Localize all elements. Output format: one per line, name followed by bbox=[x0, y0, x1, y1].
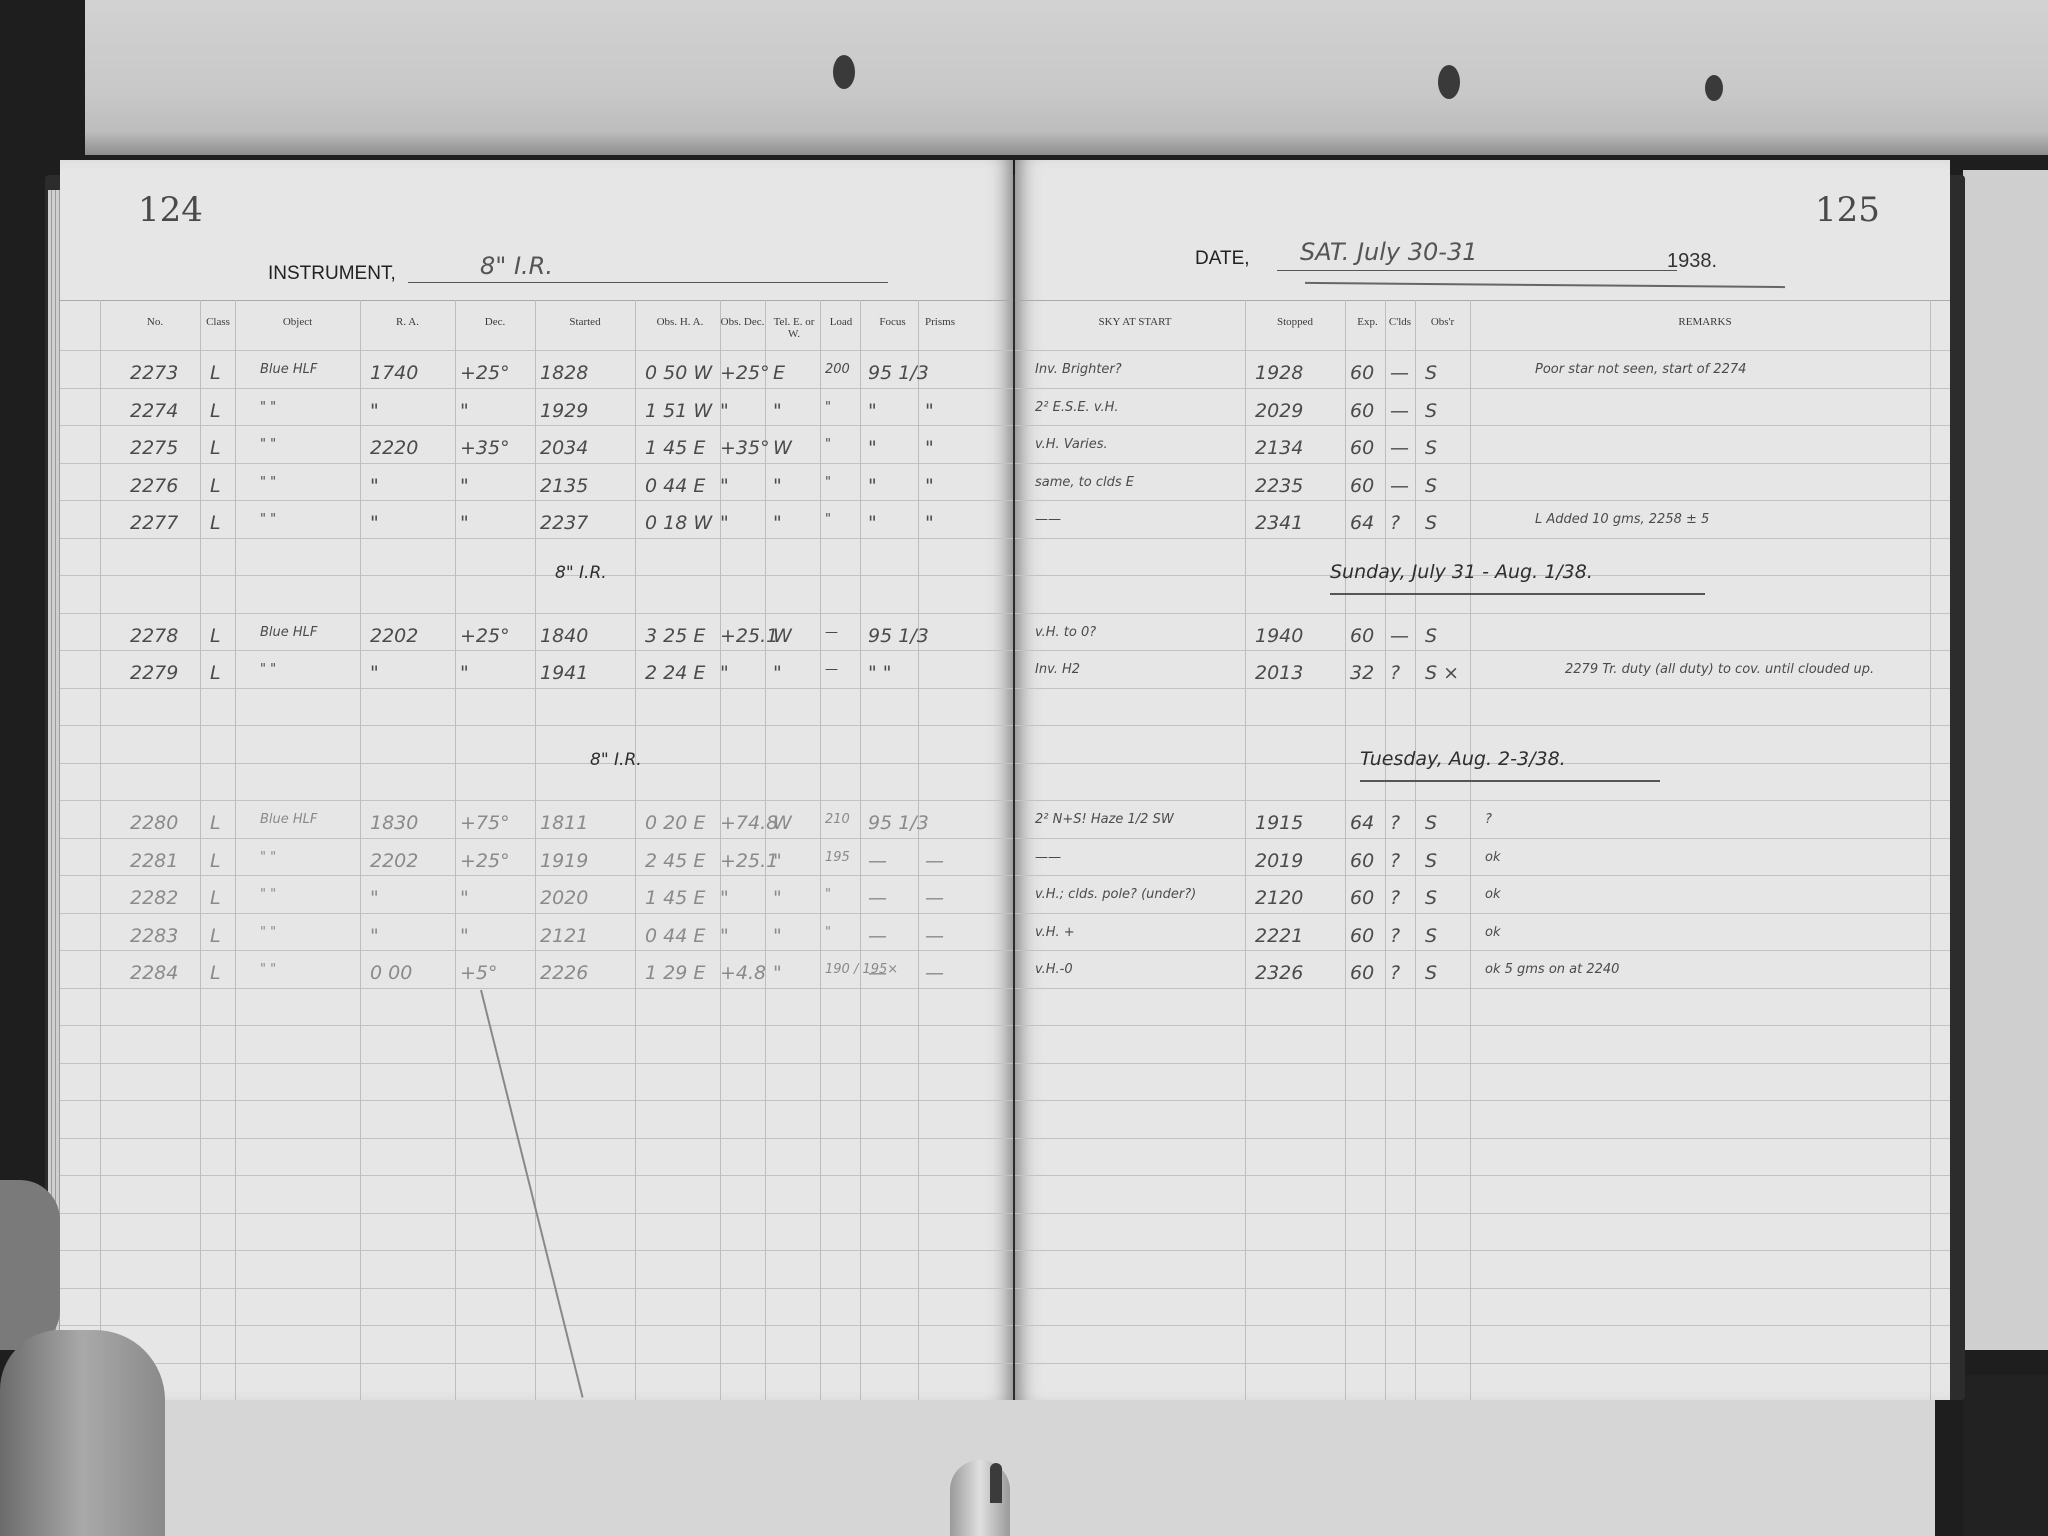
wooden-board bbox=[85, 0, 2048, 155]
cell-object: " " bbox=[260, 437, 276, 452]
observation-table-continued: SKY AT STARTStoppedExp.C'ldsObs'rREMARKS… bbox=[1015, 300, 1950, 1400]
cell-sky: 2² E.S.E. v.H. bbox=[1035, 400, 1119, 415]
cell-remarks: ok 5 gms on at 2240 bbox=[1485, 962, 1619, 977]
date-year: 1938. bbox=[1667, 250, 1717, 273]
cell-object: " " bbox=[260, 925, 276, 940]
column-rule bbox=[820, 300, 821, 1400]
ruled-line bbox=[60, 1025, 1013, 1026]
ruled-line bbox=[60, 1138, 1013, 1139]
cell-sky: Inv. Brighter? bbox=[1035, 362, 1122, 377]
cell-class: L bbox=[210, 812, 221, 834]
column-header: Focus bbox=[865, 316, 920, 328]
cell-obsr: S bbox=[1425, 812, 1437, 834]
cell-focus: " bbox=[868, 437, 877, 459]
cell-obsr: S bbox=[1425, 925, 1437, 947]
ruled-line bbox=[60, 1175, 1013, 1176]
cell-no: 2279 bbox=[130, 662, 178, 684]
cell-prisms: — bbox=[925, 887, 944, 909]
cell-obs-ha: 0 50 W bbox=[645, 362, 712, 384]
ruled-line bbox=[1015, 913, 1950, 914]
cell-clds: — bbox=[1390, 437, 1409, 459]
cell-object: Blue HLF bbox=[260, 362, 317, 377]
cell-obs-dec: " bbox=[720, 887, 729, 909]
cell-sky: v.H.; clds. pole? (under?) bbox=[1035, 887, 1196, 902]
cell-tel: " bbox=[773, 887, 782, 909]
ruled-line bbox=[1015, 1363, 1950, 1364]
cell-tel: W bbox=[773, 812, 792, 834]
ruled-line bbox=[60, 538, 1013, 539]
ruled-line bbox=[60, 800, 1013, 801]
cell-obsr: S bbox=[1425, 400, 1437, 422]
nail-hole bbox=[833, 55, 855, 89]
cell-focus: " bbox=[868, 475, 877, 497]
ruled-line bbox=[1015, 650, 1950, 651]
cell-sky: —— bbox=[1035, 512, 1061, 527]
cell-remarks: ok bbox=[1485, 850, 1500, 865]
cell-tel: " bbox=[773, 662, 782, 684]
ruled-line bbox=[60, 425, 1013, 426]
cell-prisms: " bbox=[925, 437, 934, 459]
cell-stopped: 2029 bbox=[1255, 400, 1303, 422]
cell-clds: ? bbox=[1390, 962, 1400, 984]
ruled-line bbox=[1015, 500, 1950, 501]
cell-obs-ha: 0 44 E bbox=[645, 475, 705, 497]
cell-sky: v.H. + bbox=[1035, 925, 1075, 940]
lamp-tip bbox=[990, 1463, 1002, 1503]
cell-obsr: S bbox=[1425, 362, 1437, 384]
ruled-line bbox=[60, 1250, 1013, 1251]
section-instrument-note: 8" I.R. bbox=[555, 563, 607, 583]
cell-load: 195 bbox=[825, 850, 850, 865]
cell-exp: 60 bbox=[1350, 475, 1374, 497]
cell-no: 2275 bbox=[130, 437, 178, 459]
cell-dec: +25° bbox=[460, 625, 510, 647]
cell-class: L bbox=[210, 512, 221, 534]
ruled-line bbox=[60, 1325, 1013, 1326]
cell-stopped: 2326 bbox=[1255, 962, 1303, 984]
cell-prisms: " bbox=[925, 475, 934, 497]
cell-dec: " bbox=[460, 925, 469, 947]
cell-started: 2020 bbox=[540, 887, 588, 909]
column-header: Obs'r bbox=[1420, 316, 1465, 328]
page-number: 124 bbox=[138, 190, 203, 230]
cell-load: " bbox=[825, 475, 831, 490]
nail-hole bbox=[1705, 75, 1723, 101]
cell-focus: 95 1/3 bbox=[868, 362, 929, 384]
column-header: REMARKS bbox=[1485, 316, 1925, 328]
column-header: Exp. bbox=[1350, 316, 1385, 328]
ruled-line bbox=[1015, 988, 1950, 989]
section-heading-underline bbox=[1330, 593, 1705, 595]
cell-started: 1840 bbox=[540, 625, 588, 647]
cell-object: " " bbox=[260, 400, 276, 415]
cell-prisms: — bbox=[925, 925, 944, 947]
cell-object: " " bbox=[260, 887, 276, 902]
ruled-line bbox=[60, 1288, 1013, 1289]
cell-tel: " bbox=[773, 962, 782, 984]
cell-tel: W bbox=[773, 625, 792, 647]
ruled-line bbox=[60, 763, 1013, 764]
cell-stopped: 2134 bbox=[1255, 437, 1303, 459]
cell-tel: E bbox=[773, 362, 785, 384]
cell-clds: ? bbox=[1390, 925, 1400, 947]
ruled-line bbox=[1015, 1025, 1950, 1026]
cell-focus: — bbox=[868, 850, 887, 872]
cell-obs-ha: 1 45 E bbox=[645, 887, 705, 909]
ruled-line bbox=[1015, 800, 1950, 801]
cell-exp: 64 bbox=[1350, 812, 1374, 834]
cell-no: 2276 bbox=[130, 475, 178, 497]
cell-obs-dec: " bbox=[720, 512, 729, 534]
cell-exp: 60 bbox=[1350, 437, 1374, 459]
cell-obsr: S bbox=[1425, 437, 1437, 459]
cell-obs-dec: " bbox=[720, 475, 729, 497]
cell-started: 2135 bbox=[540, 475, 588, 497]
cell-object: " " bbox=[260, 850, 276, 865]
cell-object: Blue HLF bbox=[260, 625, 317, 640]
cell-class: L bbox=[210, 962, 221, 984]
column-rule bbox=[1345, 300, 1346, 1400]
cell-obsr: S bbox=[1425, 625, 1437, 647]
cell-clds: — bbox=[1390, 400, 1409, 422]
cell-load: " bbox=[825, 925, 831, 940]
cell-stopped: 2221 bbox=[1255, 925, 1303, 947]
cell-tel: " bbox=[773, 475, 782, 497]
ruled-line bbox=[60, 500, 1013, 501]
ruled-line bbox=[60, 613, 1013, 614]
cell-no: 2278 bbox=[130, 625, 178, 647]
cell-obs-dec: " bbox=[720, 400, 729, 422]
cell-class: L bbox=[210, 362, 221, 384]
section-date-heading: Tuesday, Aug. 2-3/38. bbox=[1360, 748, 1566, 770]
cell-class: L bbox=[210, 850, 221, 872]
ruled-line bbox=[1015, 1325, 1950, 1326]
column-rule bbox=[455, 300, 456, 1400]
cell-remarks: Poor star not seen, start of 2274 bbox=[1535, 362, 1746, 377]
cell-exp: 60 bbox=[1350, 887, 1374, 909]
column-rule bbox=[1385, 300, 1386, 1400]
cell-clds: — bbox=[1390, 625, 1409, 647]
cell-object: " " bbox=[260, 962, 276, 977]
cell-stopped: 2341 bbox=[1255, 512, 1303, 534]
cell-stopped: 2235 bbox=[1255, 475, 1303, 497]
cell-started: 1828 bbox=[540, 362, 588, 384]
cell-obsr: S bbox=[1425, 475, 1437, 497]
cell-load: 210 bbox=[825, 812, 850, 827]
cell-obs-dec: " bbox=[720, 662, 729, 684]
cell-remarks: ok bbox=[1485, 887, 1500, 902]
ruled-line bbox=[60, 913, 1013, 914]
cell-dec: +75° bbox=[460, 812, 510, 834]
cell-remarks: 2279 Tr. duty (all duty) to cov. until c… bbox=[1565, 662, 1874, 677]
cell-stopped: 1940 bbox=[1255, 625, 1303, 647]
cell-obsr: S × bbox=[1425, 662, 1459, 684]
cell-clds: — bbox=[1390, 362, 1409, 384]
cell-ra: 2202 bbox=[370, 850, 418, 872]
column-rule bbox=[535, 300, 536, 1400]
cell-load: — bbox=[825, 662, 838, 677]
cell-ra: " bbox=[370, 887, 379, 909]
cell-obsr: S bbox=[1425, 962, 1437, 984]
cell-no: 2274 bbox=[130, 400, 178, 422]
cell-dec: +35° bbox=[460, 437, 510, 459]
cell-object: " " bbox=[260, 512, 276, 527]
cell-obs-ha: 1 51 W bbox=[645, 400, 712, 422]
cell-remarks: L Added 10 gms, 2258 ± 5 bbox=[1535, 512, 1709, 527]
cell-remarks: ? bbox=[1485, 812, 1492, 827]
column-header: Object bbox=[240, 316, 355, 328]
cell-ra: 1740 bbox=[370, 362, 418, 384]
cell-ra: " bbox=[370, 662, 379, 684]
ruled-line bbox=[60, 463, 1013, 464]
instrument-underline bbox=[408, 282, 888, 283]
cell-focus: " bbox=[868, 512, 877, 534]
cell-load: — bbox=[825, 625, 838, 640]
ruled-line bbox=[60, 950, 1013, 951]
cell-obs-ha: 0 44 E bbox=[645, 925, 705, 947]
cell-obs-dec: +4.8 bbox=[720, 962, 766, 984]
cell-obs-ha: 0 18 W bbox=[645, 512, 712, 534]
ruled-line bbox=[60, 300, 1013, 301]
column-rule bbox=[1470, 300, 1471, 1400]
cell-no: 2283 bbox=[130, 925, 178, 947]
cell-stopped: 1928 bbox=[1255, 362, 1303, 384]
ruled-line bbox=[1015, 1138, 1950, 1139]
nail-hole bbox=[1438, 65, 1460, 99]
cell-sky: v.H. to 0? bbox=[1035, 625, 1096, 640]
cell-load: " bbox=[825, 887, 831, 902]
right-page: 125 DATE, SAT. July 30-31 1938. SKY AT S… bbox=[1015, 160, 1950, 1400]
ruled-line bbox=[1015, 388, 1950, 389]
date-value: SAT. July 30-31 bbox=[1300, 238, 1478, 266]
cell-prisms: " bbox=[925, 512, 934, 534]
cell-class: L bbox=[210, 887, 221, 909]
cell-no: 2273 bbox=[130, 362, 178, 384]
cell-obs-ha: 3 25 E bbox=[645, 625, 705, 647]
cell-dec: " bbox=[460, 400, 469, 422]
cell-exp: 64 bbox=[1350, 512, 1374, 534]
cell-dec: " bbox=[460, 475, 469, 497]
cell-obs-dec: +25.1 bbox=[720, 625, 778, 647]
cell-no: 2280 bbox=[130, 812, 178, 834]
cell-tel: " bbox=[773, 512, 782, 534]
cell-no: 2277 bbox=[130, 512, 178, 534]
column-rule bbox=[1245, 300, 1246, 1400]
ruled-line bbox=[60, 688, 1013, 689]
cell-obs-ha: 0 20 E bbox=[645, 812, 705, 834]
cell-obsr: S bbox=[1425, 850, 1437, 872]
cell-class: L bbox=[210, 625, 221, 647]
cell-started: 1929 bbox=[540, 400, 588, 422]
column-rule bbox=[860, 300, 861, 1400]
cell-class: L bbox=[210, 662, 221, 684]
cell-object: " " bbox=[260, 662, 276, 677]
ruled-line bbox=[1015, 350, 1950, 351]
cell-dec: +5° bbox=[460, 962, 498, 984]
column-rule bbox=[1930, 300, 1931, 1400]
cell-stopped: 2120 bbox=[1255, 887, 1303, 909]
cell-dec: " bbox=[460, 662, 469, 684]
cell-stopped: 2019 bbox=[1255, 850, 1303, 872]
cell-obsr: S bbox=[1425, 887, 1437, 909]
ruled-line bbox=[1015, 538, 1950, 539]
hand-thumb bbox=[0, 1330, 165, 1536]
cell-prisms: — bbox=[925, 850, 944, 872]
column-rule bbox=[635, 300, 636, 1400]
cell-clds: — bbox=[1390, 475, 1409, 497]
cell-sky: —— bbox=[1035, 850, 1061, 865]
ruled-line bbox=[1015, 950, 1950, 951]
ruled-line bbox=[1015, 875, 1950, 876]
cell-started: 1919 bbox=[540, 850, 588, 872]
cell-exp: 60 bbox=[1350, 362, 1374, 384]
ruled-line bbox=[60, 1063, 1013, 1064]
cell-started: 2237 bbox=[540, 512, 588, 534]
ruled-line bbox=[60, 875, 1013, 876]
cell-dec: +25° bbox=[460, 850, 510, 872]
ruled-line bbox=[1015, 1063, 1950, 1064]
cell-clds: ? bbox=[1390, 812, 1400, 834]
cell-dec: +25° bbox=[460, 362, 510, 384]
cell-obs-dec: +35° bbox=[720, 437, 770, 459]
ruled-line bbox=[1015, 1100, 1950, 1101]
ruled-line bbox=[60, 650, 1013, 651]
ruled-line bbox=[60, 388, 1013, 389]
cell-object: Blue HLF bbox=[260, 812, 317, 827]
cell-obs-ha: 1 29 E bbox=[645, 962, 705, 984]
cell-tel: W bbox=[773, 437, 792, 459]
cell-sky: 2² N+S! Haze 1/2 SW bbox=[1035, 812, 1174, 827]
column-header: R. A. bbox=[365, 316, 450, 328]
background-wall bbox=[1963, 170, 2048, 1350]
column-rule bbox=[235, 300, 236, 1400]
ruled-line bbox=[1015, 613, 1950, 614]
ruled-line bbox=[60, 1363, 1013, 1364]
cell-started: 2226 bbox=[540, 962, 588, 984]
cell-focus: — bbox=[868, 925, 887, 947]
cell-obs-ha: 2 45 E bbox=[645, 850, 705, 872]
section-date-heading: Sunday, July 31 - Aug. 1/38. bbox=[1330, 561, 1593, 583]
cell-sky: Inv. H2 bbox=[1035, 662, 1080, 677]
column-header: Obs. H. A. bbox=[640, 316, 720, 328]
column-rule bbox=[100, 300, 101, 1400]
cell-remarks: ok bbox=[1485, 925, 1500, 940]
cell-ra: 1830 bbox=[370, 812, 418, 834]
date-underline bbox=[1277, 270, 1677, 271]
cell-started: 2121 bbox=[540, 925, 588, 947]
column-header: No. bbox=[110, 316, 200, 328]
cell-exp: 60 bbox=[1350, 625, 1374, 647]
cell-class: L bbox=[210, 925, 221, 947]
cell-obs-dec: +25° bbox=[720, 362, 770, 384]
ruled-line bbox=[60, 1100, 1013, 1101]
cell-ra: " bbox=[370, 925, 379, 947]
cell-clds: ? bbox=[1390, 887, 1400, 909]
cell-focus: — bbox=[868, 887, 887, 909]
hand-finger bbox=[0, 1180, 60, 1350]
cell-focus: " " bbox=[868, 662, 892, 684]
cell-clds: ? bbox=[1390, 662, 1400, 684]
cell-obs-ha: 1 45 E bbox=[645, 437, 705, 459]
ruled-line bbox=[1015, 725, 1950, 726]
cell-class: L bbox=[210, 400, 221, 422]
column-rule bbox=[360, 300, 361, 1400]
cell-obsr: S bbox=[1425, 512, 1437, 534]
section-heading-underline bbox=[1360, 780, 1660, 782]
observation-table: No.ClassObjectR. A.Dec.StartedObs. H. A.… bbox=[60, 300, 1013, 1400]
cell-dec: " bbox=[460, 512, 469, 534]
cell-load: 190 / 195× bbox=[825, 962, 898, 977]
cell-stopped: 2013 bbox=[1255, 662, 1303, 684]
cell-obs-ha: 2 24 E bbox=[645, 662, 705, 684]
cell-clds: ? bbox=[1390, 512, 1400, 534]
cell-tel: " bbox=[773, 925, 782, 947]
ruled-line bbox=[60, 838, 1013, 839]
ruled-line bbox=[60, 575, 1013, 576]
cell-sky: v.H. Varies. bbox=[1035, 437, 1108, 452]
column-header: Obs. Dec. bbox=[720, 316, 765, 328]
column-rule bbox=[918, 300, 919, 1400]
cell-no: 2284 bbox=[130, 962, 178, 984]
column-header: Prisms bbox=[920, 316, 960, 328]
cell-stopped: 1915 bbox=[1255, 812, 1303, 834]
cell-sky: v.H.-0 bbox=[1035, 962, 1073, 977]
ruled-line bbox=[60, 988, 1013, 989]
ruled-line bbox=[60, 725, 1013, 726]
table-surface bbox=[95, 1400, 1935, 1536]
cell-class: L bbox=[210, 437, 221, 459]
cell-ra: " bbox=[370, 512, 379, 534]
instrument-label: INSTRUMENT, bbox=[268, 263, 396, 285]
cell-clds: ? bbox=[1390, 850, 1400, 872]
cell-focus: " bbox=[868, 400, 877, 422]
section-instrument-note: 8" I.R. bbox=[590, 750, 642, 770]
cell-obs-dec: +25.1 bbox=[720, 850, 778, 872]
column-header: Tel. E. or W. bbox=[768, 316, 820, 340]
cell-started: 1941 bbox=[540, 662, 588, 684]
cell-no: 2282 bbox=[130, 887, 178, 909]
ruled-line bbox=[1015, 1213, 1950, 1214]
cell-ra: 2220 bbox=[370, 437, 418, 459]
cell-focus: 95 1/3 bbox=[868, 625, 929, 647]
ruled-line bbox=[1015, 688, 1950, 689]
column-rule bbox=[1415, 300, 1416, 1400]
page-number: 125 bbox=[1815, 190, 1880, 230]
cell-load: " bbox=[825, 437, 831, 452]
cell-load: " bbox=[825, 400, 831, 415]
ruled-line bbox=[1015, 425, 1950, 426]
instrument-value: 8" I.R. bbox=[480, 252, 553, 280]
cell-ra: " bbox=[370, 400, 379, 422]
cell-exp: 32 bbox=[1350, 662, 1374, 684]
column-header: Started bbox=[540, 316, 630, 328]
cell-load: 200 bbox=[825, 362, 850, 377]
cell-obs-dec: +74.8 bbox=[720, 812, 778, 834]
cell-started: 2034 bbox=[540, 437, 588, 459]
cell-no: 2281 bbox=[130, 850, 178, 872]
cell-class: L bbox=[210, 475, 221, 497]
date-double-underline bbox=[1305, 282, 1785, 288]
ruled-line bbox=[1015, 1288, 1950, 1289]
cell-load: " bbox=[825, 512, 831, 527]
date-label: DATE, bbox=[1195, 248, 1250, 270]
cell-focus: — bbox=[868, 962, 887, 984]
cell-tel: " bbox=[773, 850, 782, 872]
background-shadow bbox=[1963, 1375, 2048, 1536]
column-header: Class bbox=[203, 316, 233, 328]
cell-object: " " bbox=[260, 475, 276, 490]
cell-started: 1811 bbox=[540, 812, 588, 834]
